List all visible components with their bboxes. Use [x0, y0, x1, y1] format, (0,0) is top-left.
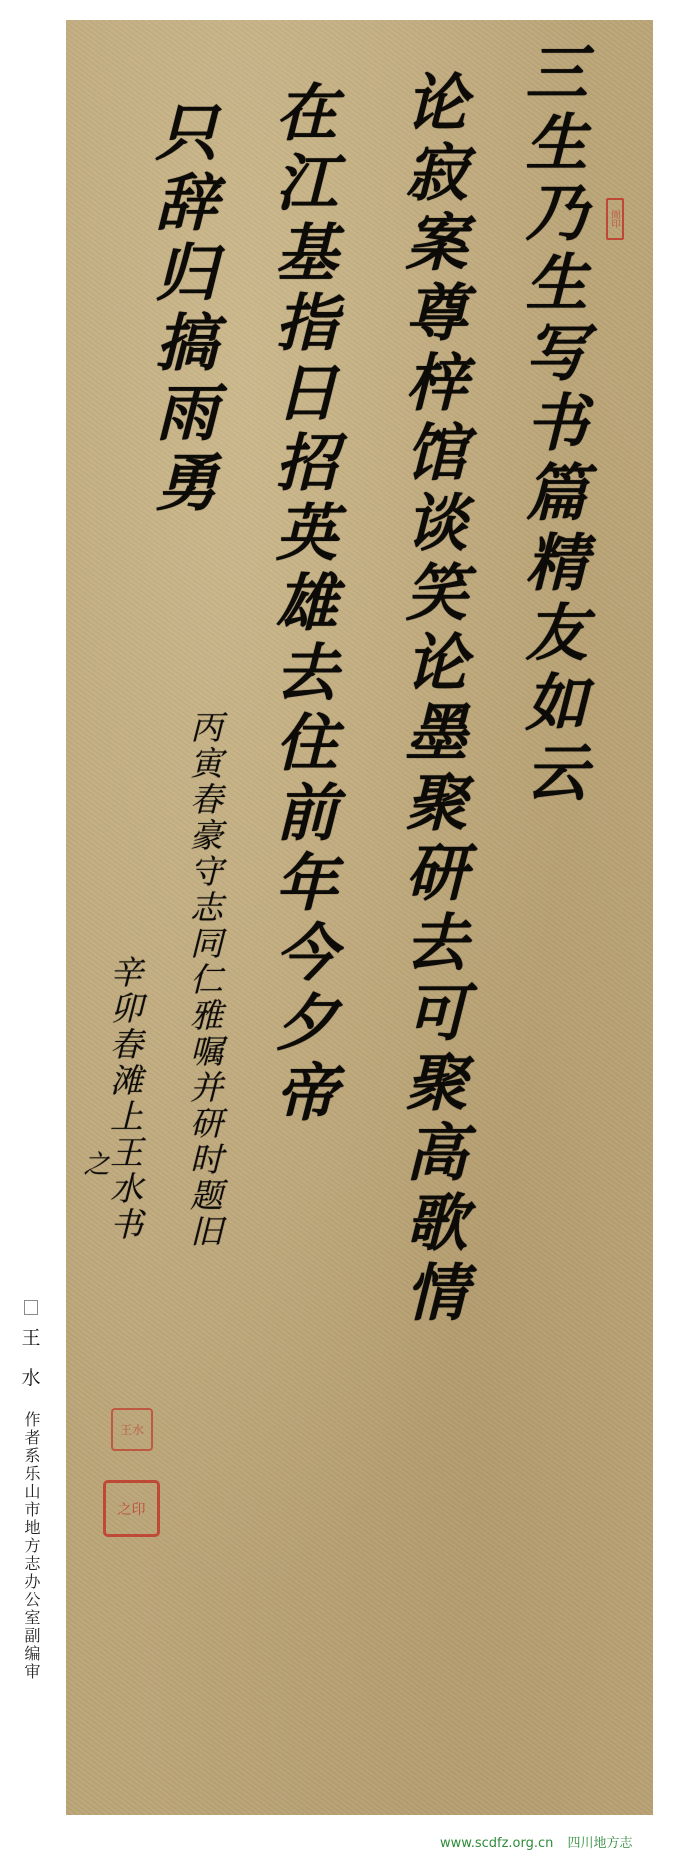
inscription-column-1: 丙寅春豪守志同仁雅嘱并研时题旧: [184, 710, 224, 1410]
inscription-column-3: 之: [74, 1150, 114, 1210]
artist-seal-studio: 之印: [103, 1480, 160, 1537]
artwork-caption: 王 水 作者系乐山市地方志办公室副编审: [16, 1300, 46, 1681]
main-text-column-3: 在江基指日招英雄去住前年今夕帝: [266, 80, 336, 1815]
author-name-char-2: 水: [21, 1367, 40, 1389]
main-text-column-4: 只辞归搞雨勇: [146, 100, 216, 800]
leisure-seal: 閒印: [606, 198, 624, 240]
author-name-char-1: 王: [21, 1327, 40, 1349]
site-watermark: www.scdfz.org.cn 四川地方志: [440, 1832, 633, 1851]
main-text-column-2: 论寂案尊梓馆谈笑论墨聚研去可聚高歌情: [396, 70, 466, 1810]
main-text-column-1: 三生乃生写书篇精友如云: [516, 40, 586, 1800]
calligraphy-scroll: 三生乃生写书篇精友如云 论寂案尊梓馆谈笑论墨聚研去可聚高歌情 在江基指日招英雄去…: [66, 20, 653, 1815]
artist-seal-name: 王水: [111, 1408, 153, 1451]
site-name: 四川地方志: [568, 1836, 633, 1851]
author-bio: 作者系乐山市地方志办公室副编审: [22, 1411, 40, 1681]
caption-marker-icon: [24, 1300, 38, 1315]
site-url: www.scdfz.org.cn: [440, 1836, 553, 1851]
